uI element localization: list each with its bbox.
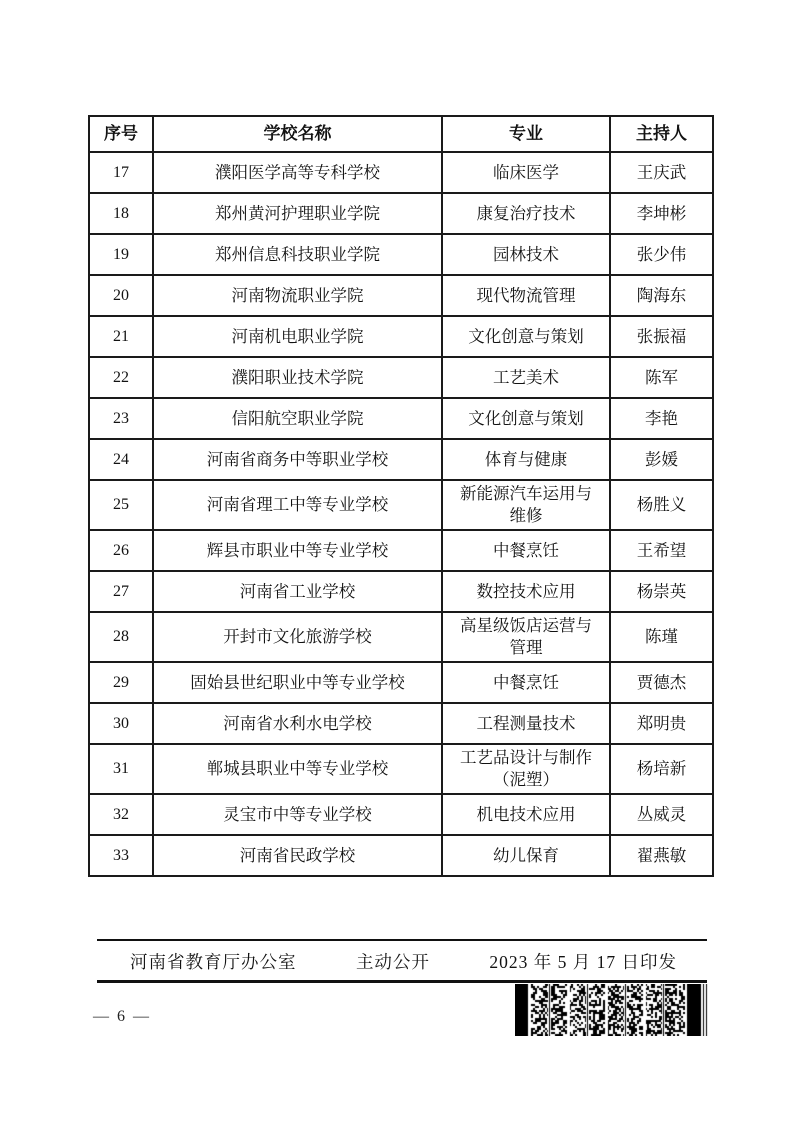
table-row: 31 郸城县职业中等专业学校 工艺品设计与制作（泥塑） 杨培新 <box>89 744 713 794</box>
table-row: 19 郑州信息科技职业学院 园林技术 张少伟 <box>89 234 713 275</box>
cell-serial-number: 20 <box>89 275 153 316</box>
cell-serial-number: 30 <box>89 703 153 744</box>
cell-serial-number: 18 <box>89 193 153 234</box>
cell-school-name: 郑州黄河护理职业学院 <box>153 193 442 234</box>
cell-school-name: 开封市文化旅游学校 <box>153 612 442 662</box>
cell-host-name: 杨培新 <box>610 744 713 794</box>
cell-host-name: 陈瑾 <box>610 612 713 662</box>
col-header-no: 序号 <box>89 116 153 152</box>
cell-major: 机电技术应用 <box>442 794 610 835</box>
document-page: 序号 学校名称 专业 主持人 17 濮阳医学高等专科学校 临床医学 王庆武 18… <box>0 0 799 1143</box>
cell-major: 工艺品设计与制作（泥塑） <box>442 744 610 794</box>
cell-major: 幼儿保育 <box>442 835 610 876</box>
cell-host-name: 杨胜义 <box>610 480 713 530</box>
col-header-major: 专业 <box>442 116 610 152</box>
cell-school-name: 灵宝市中等专业学校 <box>153 794 442 835</box>
table-row: 26 辉县市职业中等专业学校 中餐烹饪 王希望 <box>89 530 713 571</box>
cell-school-name: 河南省商务中等职业学校 <box>153 439 442 480</box>
table-row: 21 河南机电职业学院 文化创意与策划 张振福 <box>89 316 713 357</box>
table-row: 32 灵宝市中等专业学校 机电技术应用 丛威灵 <box>89 794 713 835</box>
cell-host-name: 张少伟 <box>610 234 713 275</box>
table-row: 28 开封市文化旅游学校 高星级饭店运营与管理 陈瑾 <box>89 612 713 662</box>
cell-host-name: 贾德杰 <box>610 662 713 703</box>
table-row: 20 河南物流职业学院 现代物流管理 陶海东 <box>89 275 713 316</box>
cell-host-name: 丛威灵 <box>610 794 713 835</box>
cell-major: 新能源汽车运用与维修 <box>442 480 610 530</box>
cell-major: 现代物流管理 <box>442 275 610 316</box>
footer-top-rule <box>97 939 707 941</box>
cell-major: 文化创意与策划 <box>442 316 610 357</box>
cell-host-name: 王希望 <box>610 530 713 571</box>
barcode-image <box>515 984 708 1036</box>
cell-school-name: 河南省工业学校 <box>153 571 442 612</box>
cell-school-name: 濮阳职业技术学院 <box>153 357 442 398</box>
cell-host-name: 王庆武 <box>610 152 713 193</box>
table-row: 33 河南省民政学校 幼儿保育 翟燕敏 <box>89 835 713 876</box>
cell-serial-number: 24 <box>89 439 153 480</box>
cell-major: 临床医学 <box>442 152 610 193</box>
cell-serial-number: 21 <box>89 316 153 357</box>
cell-school-name: 固始县世纪职业中等专业学校 <box>153 662 442 703</box>
cell-major: 高星级饭店运营与管理 <box>442 612 610 662</box>
page-number: — 6 — <box>93 1008 151 1026</box>
cell-serial-number: 31 <box>89 744 153 794</box>
cell-host-name: 李艳 <box>610 398 713 439</box>
cell-school-name: 河南省民政学校 <box>153 835 442 876</box>
cell-school-name: 辉县市职业中等专业学校 <box>153 530 442 571</box>
cell-host-name: 陶海东 <box>610 275 713 316</box>
cell-school-name: 郑州信息科技职业学院 <box>153 234 442 275</box>
table-row: 17 濮阳医学高等专科学校 临床医学 王庆武 <box>89 152 713 193</box>
cell-major: 园林技术 <box>442 234 610 275</box>
footer-issuer: 河南省教育厅办公室 <box>130 949 297 974</box>
cell-school-name: 濮阳医学高等专科学校 <box>153 152 442 193</box>
cell-serial-number: 17 <box>89 152 153 193</box>
cell-school-name: 河南物流职业学院 <box>153 275 442 316</box>
cell-school-name: 河南省理工中等专业学校 <box>153 480 442 530</box>
cell-host-name: 陈军 <box>610 357 713 398</box>
footer-bottom-rule <box>97 980 707 983</box>
cell-host-name: 翟燕敏 <box>610 835 713 876</box>
footer-imprint-line: 河南省教育厅办公室 主动公开 2023 年 5 月 17 日印发 <box>97 944 707 978</box>
table-row: 25 河南省理工中等专业学校 新能源汽车运用与维修 杨胜义 <box>89 480 713 530</box>
cell-major: 工程测量技术 <box>442 703 610 744</box>
cell-major: 中餐烹饪 <box>442 530 610 571</box>
table-row: 27 河南省工业学校 数控技术应用 杨崇英 <box>89 571 713 612</box>
col-header-host: 主持人 <box>610 116 713 152</box>
cell-school-name: 河南省水利水电学校 <box>153 703 442 744</box>
cell-serial-number: 28 <box>89 612 153 662</box>
cell-serial-number: 19 <box>89 234 153 275</box>
cell-serial-number: 22 <box>89 357 153 398</box>
table-row: 22 濮阳职业技术学院 工艺美术 陈军 <box>89 357 713 398</box>
cell-major: 工艺美术 <box>442 357 610 398</box>
cell-major: 康复治疗技术 <box>442 193 610 234</box>
table-row: 30 河南省水利水电学校 工程测量技术 郑明贵 <box>89 703 713 744</box>
cell-host-name: 杨崇英 <box>610 571 713 612</box>
col-header-school: 学校名称 <box>153 116 442 152</box>
table-row: 18 郑州黄河护理职业学院 康复治疗技术 李坤彬 <box>89 193 713 234</box>
cell-host-name: 彭媛 <box>610 439 713 480</box>
cell-school-name: 河南机电职业学院 <box>153 316 442 357</box>
cell-serial-number: 33 <box>89 835 153 876</box>
cell-serial-number: 27 <box>89 571 153 612</box>
cell-serial-number: 25 <box>89 480 153 530</box>
cell-major: 中餐烹饪 <box>442 662 610 703</box>
table-header-row: 序号 学校名称 专业 主持人 <box>89 116 713 152</box>
cell-major: 数控技术应用 <box>442 571 610 612</box>
table-row: 29 固始县世纪职业中等专业学校 中餐烹饪 贾德杰 <box>89 662 713 703</box>
cell-serial-number: 32 <box>89 794 153 835</box>
footer-disclosure: 主动公开 <box>356 949 430 974</box>
cell-serial-number: 26 <box>89 530 153 571</box>
cell-serial-number: 23 <box>89 398 153 439</box>
table-row: 23 信阳航空职业学院 文化创意与策划 李艳 <box>89 398 713 439</box>
cell-host-name: 李坤彬 <box>610 193 713 234</box>
cell-major: 体育与健康 <box>442 439 610 480</box>
table-row: 24 河南省商务中等职业学校 体育与健康 彭媛 <box>89 439 713 480</box>
footer-print-date: 2023 年 5 月 17 日印发 <box>489 949 677 974</box>
cell-host-name: 郑明贵 <box>610 703 713 744</box>
cell-host-name: 张振福 <box>610 316 713 357</box>
cell-school-name: 信阳航空职业学院 <box>153 398 442 439</box>
cell-serial-number: 29 <box>89 662 153 703</box>
schools-table: 序号 学校名称 专业 主持人 17 濮阳医学高等专科学校 临床医学 王庆武 18… <box>88 115 714 877</box>
cell-school-name: 郸城县职业中等专业学校 <box>153 744 442 794</box>
cell-major: 文化创意与策划 <box>442 398 610 439</box>
